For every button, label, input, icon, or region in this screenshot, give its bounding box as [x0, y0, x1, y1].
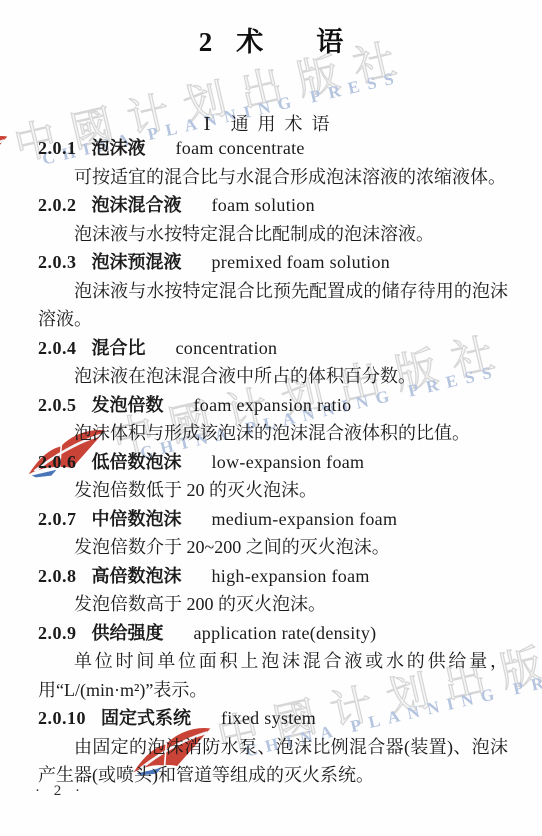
- term-number: 2.0.7: [38, 505, 77, 534]
- term-number: 2.0.2: [38, 191, 77, 220]
- term-item: 2.0.4 混合比 concentration 泡沫液在泡沫混合液中所占的体积百…: [38, 334, 508, 391]
- term-english: medium-expansion foam: [212, 505, 398, 534]
- term-chinese: 泡沫预混液: [92, 248, 182, 277]
- term-definition: 泡沫体积与形成该泡沫的泡沫混合液体积的比值。: [38, 419, 508, 448]
- term-heading: 2.0.6 低倍数泡沫 low-expansion foam: [38, 448, 508, 477]
- term-chinese: 供给强度: [92, 619, 164, 648]
- term-definition: 泡沫液与水按特定混合比预先配置成的储存待用的泡沫溶液。: [38, 277, 508, 334]
- term-heading: 2.0.4 混合比 concentration: [38, 334, 508, 363]
- term-english: premixed foam solution: [212, 248, 391, 277]
- page-number: · 2 ·: [35, 783, 85, 800]
- term-definition: 发泡倍数低于 20 的灭火泡沫。: [38, 476, 508, 505]
- term-heading: 2.0.10 固定式系统 fixed system: [38, 704, 508, 733]
- term-english: concentration: [176, 334, 278, 363]
- term-chinese: 混合比: [92, 334, 146, 363]
- term-item: 2.0.7 中倍数泡沫 medium-expansion foam 发泡倍数介于…: [38, 505, 508, 562]
- term-item: 2.0.8 高倍数泡沫 high-expansion foam 发泡倍数高于 2…: [38, 562, 508, 619]
- term-definition: 发泡倍数高于 200 的灭火泡沫。: [38, 590, 508, 619]
- terms-list: 2.0.1 泡沫液 foam concentrate 可按适宜的混合比与水混合形…: [38, 134, 508, 790]
- term-item: 2.0.5 发泡倍数 foam expansion ratio 泡沫体积与形成该…: [38, 391, 508, 448]
- term-english: application rate(density): [194, 619, 377, 648]
- term-heading: 2.0.7 中倍数泡沫 medium-expansion foam: [38, 505, 508, 534]
- term-english: foam expansion ratio: [194, 391, 352, 420]
- term-item: 2.0.1 泡沫液 foam concentrate 可按适宜的混合比与水混合形…: [38, 134, 508, 191]
- term-number: 2.0.5: [38, 391, 77, 420]
- term-english: fixed system: [221, 704, 316, 733]
- term-english: high-expansion foam: [212, 562, 370, 591]
- term-heading: 2.0.1 泡沫液 foam concentrate: [38, 134, 508, 163]
- term-number: 2.0.4: [38, 334, 77, 363]
- term-chinese: 泡沫液: [92, 134, 146, 163]
- term-chinese: 发泡倍数: [92, 391, 164, 420]
- term-definition: 由固定的泡沫消防水泵、泡沫比例混合器(装置)、泡沫产生器(或喷头)和管道等组成的…: [38, 733, 508, 790]
- term-number: 2.0.8: [38, 562, 77, 591]
- term-item: 2.0.6 低倍数泡沫 low-expansion foam 发泡倍数低于 20…: [38, 448, 508, 505]
- term-english: foam concentrate: [176, 134, 305, 163]
- term-definition: 泡沫液在泡沫混合液中所占的体积百分数。: [38, 362, 508, 391]
- term-number: 2.0.10: [38, 704, 86, 733]
- term-heading: 2.0.9 供给强度 application rate(density): [38, 619, 508, 648]
- chapter-title-char-2: 语: [316, 20, 343, 59]
- term-definition: 泡沫液与水按特定混合比配制成的泡沫溶液。: [38, 220, 508, 249]
- term-chinese: 高倍数泡沫: [92, 562, 182, 591]
- term-number: 2.0.9: [38, 619, 77, 648]
- chapter-title: 2 术 语: [0, 20, 542, 59]
- term-chinese: 中倍数泡沫: [92, 505, 182, 534]
- press-logo-icon: [0, 130, 20, 190]
- term-item: 2.0.3 泡沫预混液 premixed foam solution 泡沫液与水…: [38, 248, 508, 334]
- term-chinese: 低倍数泡沫: [92, 448, 182, 477]
- chapter-title-char-1: 术: [236, 20, 263, 59]
- term-item: 2.0.10 固定式系统 fixed system 由固定的泡沫消防水泵、泡沫比…: [38, 704, 508, 790]
- term-number: 2.0.1: [38, 134, 77, 163]
- term-heading: 2.0.2 泡沫混合液 foam solution: [38, 191, 508, 220]
- term-heading: 2.0.8 高倍数泡沫 high-expansion foam: [38, 562, 508, 591]
- term-number: 2.0.6: [38, 448, 77, 477]
- section-numeral: Ⅰ: [203, 114, 210, 134]
- term-chinese: 泡沫混合液: [92, 191, 182, 220]
- term-number: 2.0.3: [38, 248, 77, 277]
- document-page: 中國计划出版社 CHINA PLANNING PRESS 中國计划出版社 CHI…: [0, 0, 542, 836]
- term-english: foam solution: [212, 191, 315, 220]
- term-chinese: 固定式系统: [101, 704, 191, 733]
- section-heading: Ⅰ通用术语: [0, 110, 542, 136]
- chapter-number: 2: [199, 27, 213, 58]
- term-heading: 2.0.3 泡沫预混液 premixed foam solution: [38, 248, 508, 277]
- term-english: low-expansion foam: [212, 448, 365, 477]
- term-definition: 可按适宜的混合比与水混合形成泡沫溶液的浓缩液体。: [38, 163, 508, 192]
- term-definition: 单位时间单位面积上泡沫混合液或水的供给量，用“L/(min·m²)”表示。: [38, 647, 508, 704]
- term-heading: 2.0.5 发泡倍数 foam expansion ratio: [38, 391, 508, 420]
- term-definition: 发泡倍数介于 20~200 之间的灭火泡沫。: [38, 533, 508, 562]
- term-item: 2.0.2 泡沫混合液 foam solution 泡沫液与水按特定混合比配制成…: [38, 191, 508, 248]
- term-item: 2.0.9 供给强度 application rate(density) 单位时…: [38, 619, 508, 705]
- section-title: 通用术语: [231, 114, 339, 134]
